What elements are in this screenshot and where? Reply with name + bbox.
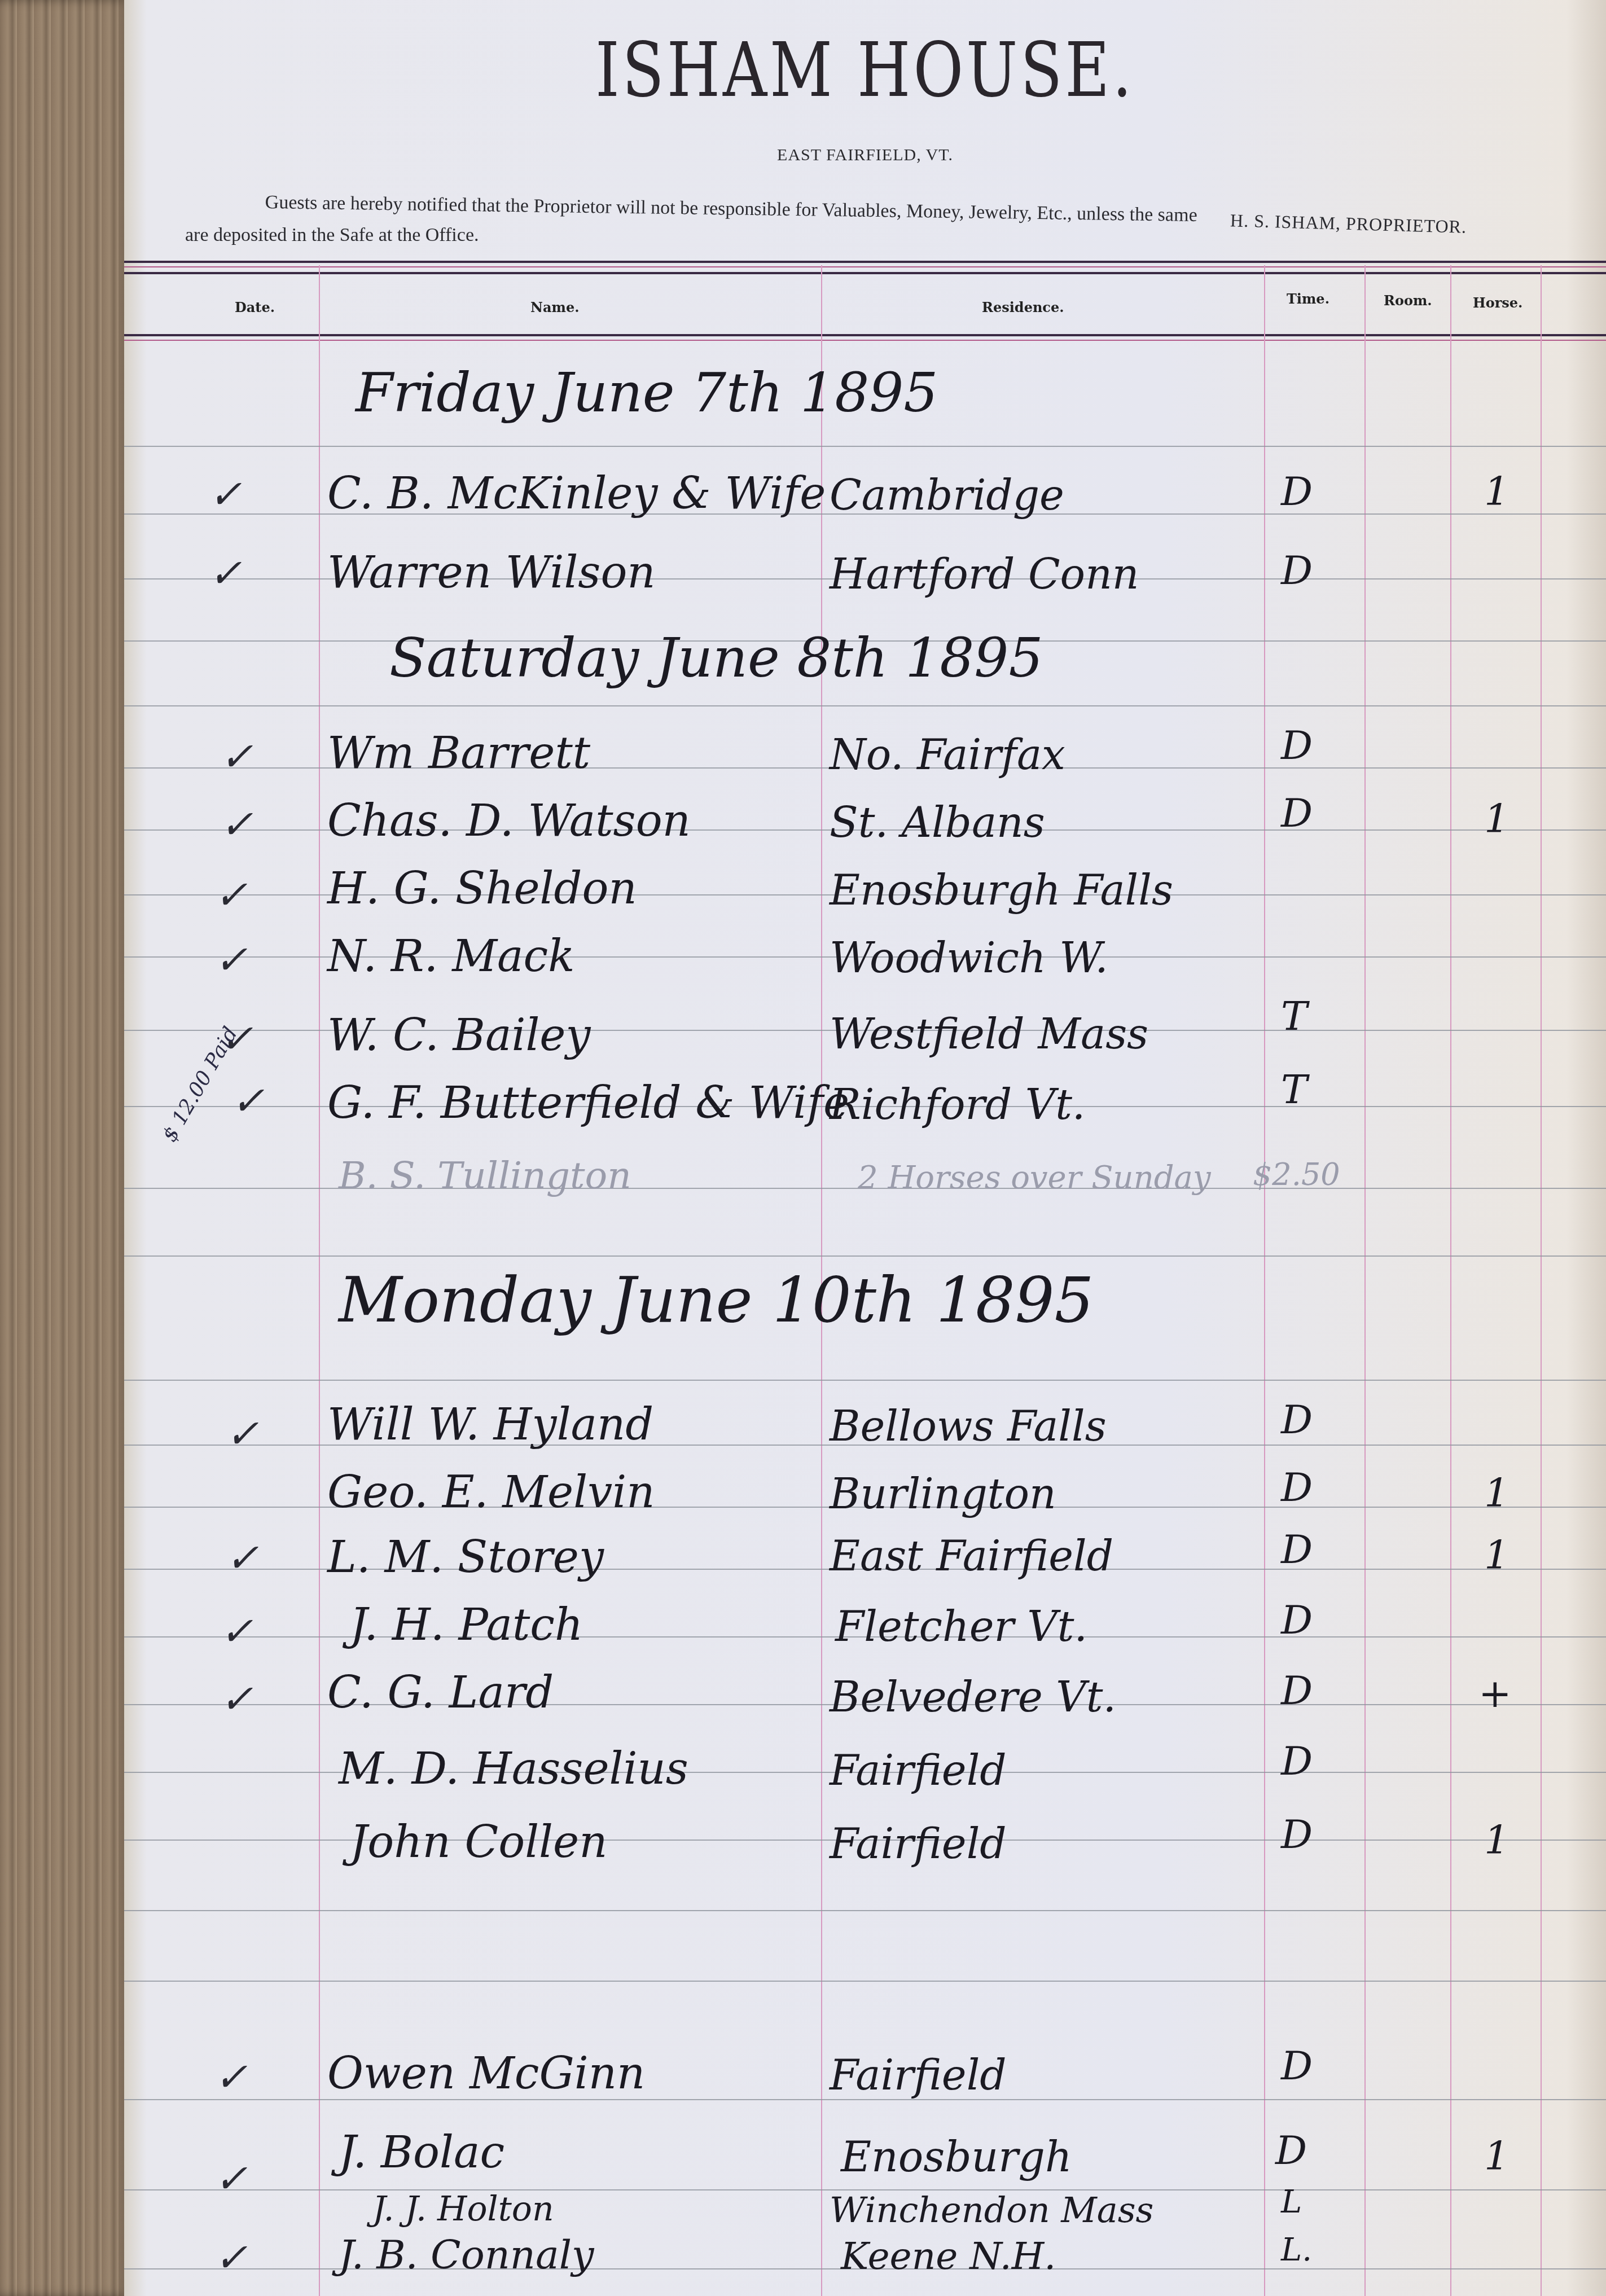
- guest-name: H. G. Sheldon: [327, 863, 637, 914]
- check-mark: ✓: [214, 2234, 248, 2281]
- column-header-name: Name.: [530, 299, 580, 315]
- guest-residence: Fletcher Vt.: [835, 1603, 1087, 1651]
- check-mark: ✓: [214, 937, 248, 983]
- arrival-time: D: [1281, 790, 1313, 836]
- guest-name: J. Bolac: [339, 2127, 504, 2178]
- page-curl-shadow: [1566, 0, 1606, 2296]
- check-mark: ✓: [214, 2155, 248, 2202]
- arrival-time: D: [1281, 1738, 1313, 1784]
- arrival-time: T: [1281, 993, 1307, 1039]
- guest-residence: Enosburgh: [841, 2133, 1072, 2181]
- guest-name: Geo. E. Melvin: [327, 1467, 655, 1518]
- guest-name: W. C. Bailey: [327, 1010, 591, 1061]
- guest-name: J. J. Holton: [372, 2189, 554, 2229]
- arrival-time: D: [1281, 1397, 1313, 1443]
- hotel-location: EAST FAIRFIELD, VT.: [124, 146, 1606, 165]
- guest-name: G. F. Butterfield & Wife: [327, 1078, 849, 1129]
- arrival-time: D: [1281, 722, 1313, 769]
- guest-name: C. G. Lard: [327, 1667, 554, 1718]
- arrival-time: D: [1281, 2043, 1313, 2089]
- register-page: ISHAM HOUSE. EAST FAIRFIELD, VT. Guests …: [124, 0, 1606, 2296]
- horse-count: 1: [1484, 468, 1510, 515]
- guest-residence: Westfield Mass: [830, 1010, 1148, 1059]
- horse-count: 1: [1484, 1470, 1510, 1516]
- time-column-divider: [1364, 265, 1366, 2296]
- column-header-horse: Horse.: [1473, 295, 1522, 311]
- horse-column-divider: [1541, 265, 1542, 2296]
- guest-residence: Bellows Falls: [830, 1402, 1107, 1451]
- guest-name: Owen McGinn: [327, 2048, 645, 2099]
- arrival-time: D: [1281, 1811, 1313, 1858]
- check-mark: ✓: [226, 1411, 259, 1457]
- column-header-residence: Residence.: [982, 299, 1064, 315]
- guest-residence: Winchendon Mass: [830, 2189, 1153, 2231]
- day-heading-saturday: Saturday June 8th 1895: [389, 626, 1043, 690]
- horse-count: 1: [1484, 1817, 1510, 1863]
- guest-residence: Fairfield: [830, 1746, 1007, 1795]
- guest-residence: Belvedere Vt.: [830, 1673, 1116, 1722]
- check-mark: ✓: [209, 471, 242, 517]
- horse-count: 1: [1484, 2133, 1510, 2179]
- guest-residence-faint: 2 Horses over Sunday: [858, 1160, 1211, 1196]
- ruled-line: [124, 1255, 1606, 1257]
- hotel-title: ISHAM HOUSE.: [124, 27, 1606, 114]
- room-column-divider: [1450, 265, 1451, 2296]
- guest-residence: No. Fairfax: [830, 731, 1065, 779]
- guest-residence: St. Albans: [830, 798, 1045, 847]
- horse-count: 1: [1484, 1532, 1510, 1578]
- guest-residence: Woodwich W.: [830, 934, 1108, 982]
- guest-name: Chas. D. Watson: [327, 796, 691, 846]
- column-header-room: Room.: [1384, 292, 1432, 309]
- arrival-time: D: [1281, 547, 1313, 594]
- guest-name: J. H. Patch: [350, 1600, 583, 1650]
- guest-name: M. D. Hasselius: [339, 1744, 688, 1794]
- liability-notice-line1: Guests are hereby notified that the Prop…: [265, 192, 1197, 226]
- check-mark: ✓: [220, 1608, 253, 1654]
- book-page-edges: [0, 0, 130, 2296]
- guest-name: John Collen: [350, 1817, 607, 1868]
- horse-count: 1: [1484, 796, 1510, 842]
- ruled-line: [124, 705, 1606, 706]
- guest-name: N. R. Mack: [327, 931, 574, 982]
- header-rule-top-3: [124, 272, 1606, 274]
- horse-count: +: [1478, 1670, 1512, 1716]
- proprietor-signature: H. S. ISHAM, PROPRIETOR.: [1230, 210, 1467, 238]
- ruled-line: [124, 1380, 1606, 1381]
- column-header-date: Date.: [235, 299, 275, 315]
- arrival-time: D: [1281, 1464, 1313, 1511]
- header-rule-top: [124, 261, 1606, 263]
- payment-side-note: $ 12.00 Paid: [158, 1023, 242, 1146]
- guest-residence: Burlington: [830, 1470, 1056, 1518]
- guest-residence: Cambridge: [830, 471, 1064, 520]
- guest-residence: Fairfield: [830, 1820, 1007, 1868]
- guest-name: L. M. Storey: [327, 1532, 604, 1583]
- check-mark: ✓: [220, 1676, 253, 1722]
- guest-residence: Enosburgh Falls: [830, 866, 1173, 915]
- check-mark: ✓: [220, 734, 253, 780]
- ruled-line: [124, 1981, 1606, 1982]
- header-rule-bottom-2: [124, 340, 1606, 341]
- guest-name: Will W. Hyland: [327, 1399, 653, 1450]
- date-column-divider: [319, 265, 320, 2296]
- guest-residence: Richford Vt.: [830, 1081, 1085, 1129]
- ruled-line: [124, 1910, 1606, 1911]
- day-heading-friday: Friday June 7th 1895: [356, 361, 938, 424]
- residence-column-divider: [1264, 265, 1265, 2296]
- guest-residence: East Fairfield: [830, 1532, 1113, 1581]
- arrival-time: L: [1281, 2184, 1302, 2220]
- check-mark: ✓: [220, 801, 253, 848]
- check-mark: ✓: [231, 1078, 265, 1124]
- guest-name: C. B. McKinley & Wife: [327, 468, 826, 519]
- check-mark: ✓: [214, 872, 248, 918]
- guest-residence: Hartford Conn: [830, 550, 1139, 599]
- liability-notice-line2: are deposited in the Safe at the Office.: [185, 225, 479, 246]
- arrival-time: D: [1275, 2127, 1307, 2174]
- guest-name: J. B. Connaly: [339, 2232, 594, 2278]
- header-rule-bottom: [124, 334, 1606, 336]
- guest-name: Wm Barrett: [327, 728, 590, 779]
- check-mark: ✓: [214, 2054, 248, 2100]
- column-header-time: Time.: [1287, 291, 1329, 307]
- arrival-time: D: [1281, 1667, 1313, 1714]
- header-rule-top-2: [124, 266, 1606, 267]
- arrival-time: L.: [1281, 2232, 1312, 2268]
- arrival-time: D: [1281, 1526, 1313, 1573]
- guest-residence: Fairfield: [830, 2051, 1007, 2100]
- guest-name: Warren Wilson: [327, 547, 656, 598]
- day-heading-monday: Monday June 10th 1895: [339, 1264, 1094, 1336]
- charge-amount-faint: $2.50: [1253, 1157, 1340, 1192]
- check-mark: ✓: [209, 550, 242, 596]
- arrival-time: T: [1281, 1066, 1307, 1113]
- ruled-line: [124, 446, 1606, 447]
- arrival-time: D: [1281, 1597, 1313, 1643]
- check-mark: ✓: [226, 1535, 259, 1581]
- guest-residence: Keene N.H.: [841, 2234, 1056, 2278]
- arrival-time: D: [1281, 468, 1313, 515]
- guest-name-faint: B. S. Tullington: [339, 1154, 631, 1197]
